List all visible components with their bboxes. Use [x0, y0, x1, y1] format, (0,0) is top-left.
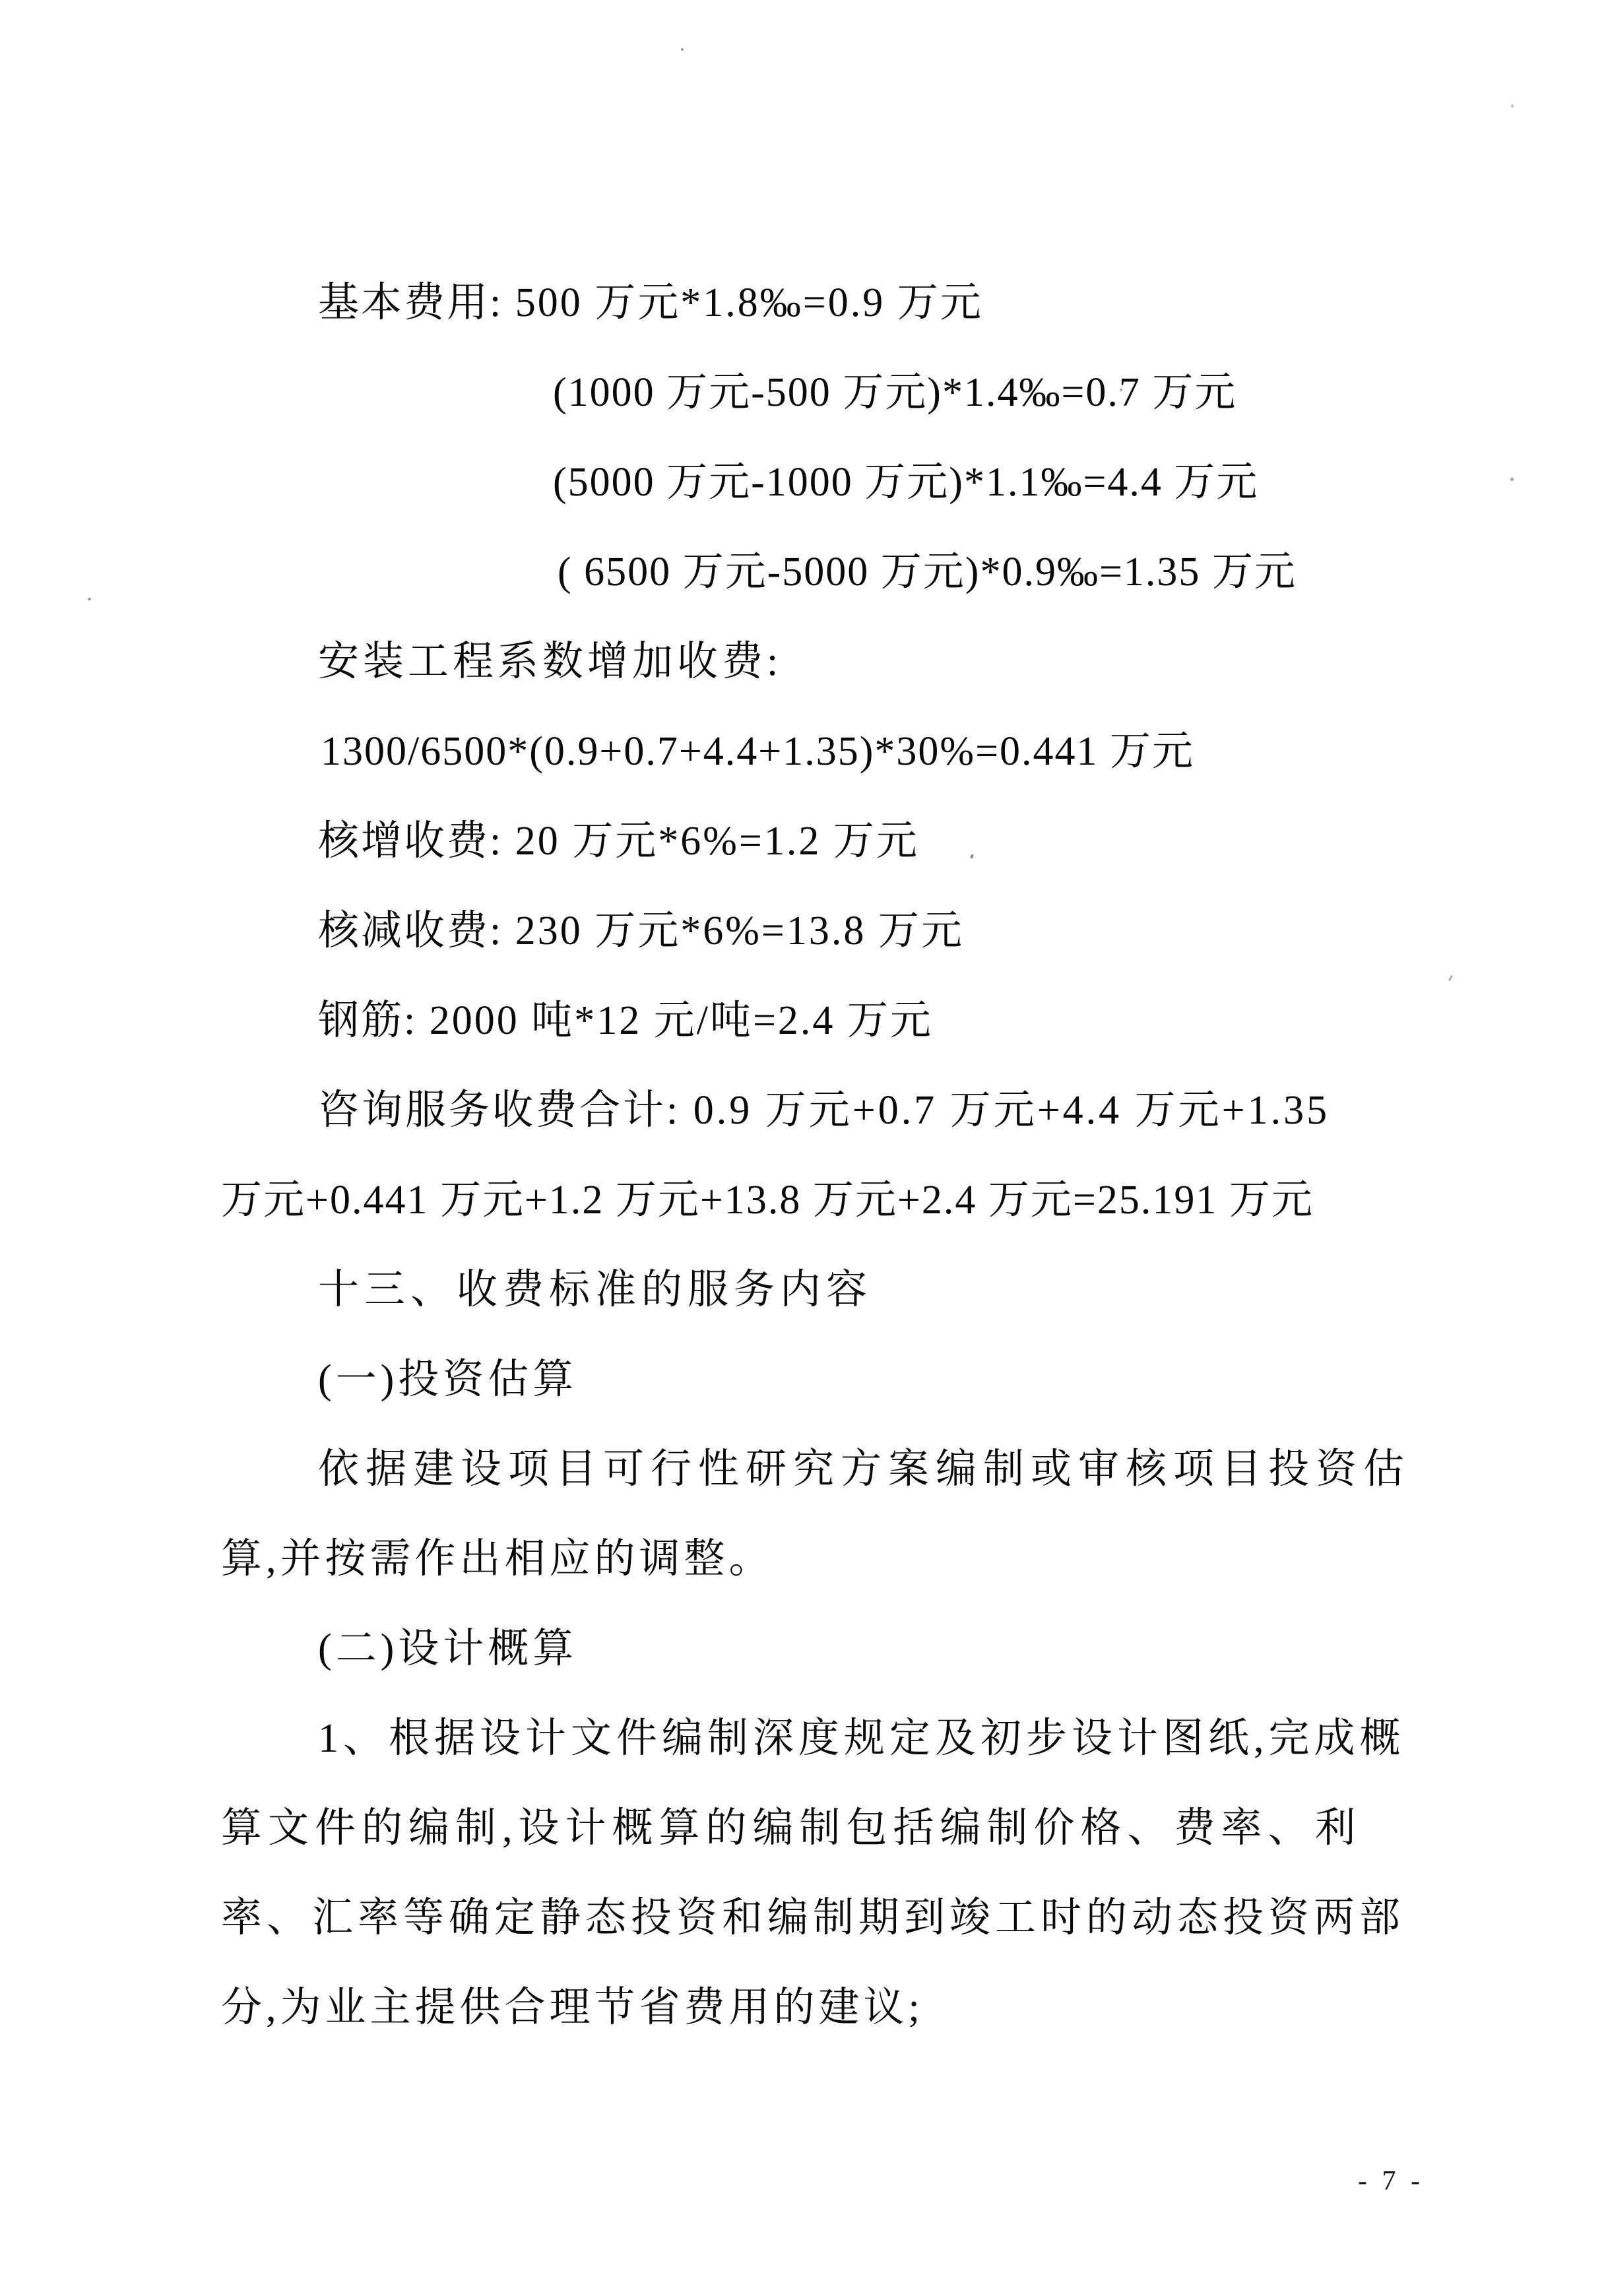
scan-speck [1511, 104, 1514, 108]
scan-speck [681, 48, 684, 51]
scan-speck [88, 598, 91, 600]
line-install-formula: 1300/6500*(0.9+0.7+4.4+1.35)*30%=0.441 万… [321, 729, 1194, 774]
scan-speck [970, 854, 974, 858]
document-page: 基本费用: 500 万元*1.8‰=0.9 万元 (1000 万元-500 万元… [0, 0, 1606, 2296]
line-fee-tier-3: (5000 万元-1000 万元)*1.1‰=4.4 万元 [553, 460, 1258, 505]
line-total-fee-part2: 万元+0.441 万元+1.2 万元+13.8 万元+2.4 万元=25.191… [221, 1178, 1314, 1223]
line-total-fee-part1: 咨询服务收费合计: 0.9 万元+0.7 万元+4.4 万元+1.35 [318, 1088, 1330, 1133]
para-design-budget-line4: 分,为业主提供合理节省费用的建议; [221, 1985, 924, 2030]
line-install-surcharge: 安装工程系数增加收费: [318, 639, 782, 684]
heading-section-13: 十三、收费标准的服务内容 [318, 1267, 872, 1312]
heading-investment-estimate: (一)投资估算 [318, 1357, 577, 1402]
para-design-budget-line2: 算文件的编制,设计概算的编制包括编制价格、费率、利 [221, 1806, 1362, 1851]
scan-speck [1448, 975, 1453, 981]
para-investment-line1: 依据建设项目可行性研究方案编制或审核项目投资估 [318, 1447, 1411, 1492]
scan-speck [1510, 478, 1514, 481]
para-design-budget-line1: 1、根据设计文件编制深度规定及初步设计图纸,完成概 [318, 1716, 1405, 1761]
line-fee-tier-2: (1000 万元-500 万元)*1.4‰=0.7 万元 [553, 370, 1237, 415]
heading-design-budget: (二)设计概算 [318, 1626, 577, 1671]
scan-speck [1120, 389, 1122, 391]
page-number: - 7 - [1358, 2165, 1424, 2197]
line-audit-decrease-fee: 核减收费: 230 万元*6%=13.8 万元 [318, 909, 964, 953]
para-investment-line2: 算,并按需作出相应的调整。 [221, 1537, 774, 1581]
line-rebar-fee: 钢筋: 2000 吨*12 元/吨=2.4 万元 [318, 998, 933, 1043]
line-audit-increase-fee: 核增收费: 20 万元*6%=1.2 万元 [318, 819, 919, 864]
line-basic-fee: 基本费用: 500 万元*1.8‰=0.9 万元 [318, 280, 983, 325]
para-design-budget-line3: 率、汇率等确定静态投资和编制期到竣工时的动态投资两部 [221, 1896, 1405, 1940]
line-fee-tier-4: ( 6500 万元-5000 万元)*0.9‰=1.35 万元 [558, 550, 1297, 594]
